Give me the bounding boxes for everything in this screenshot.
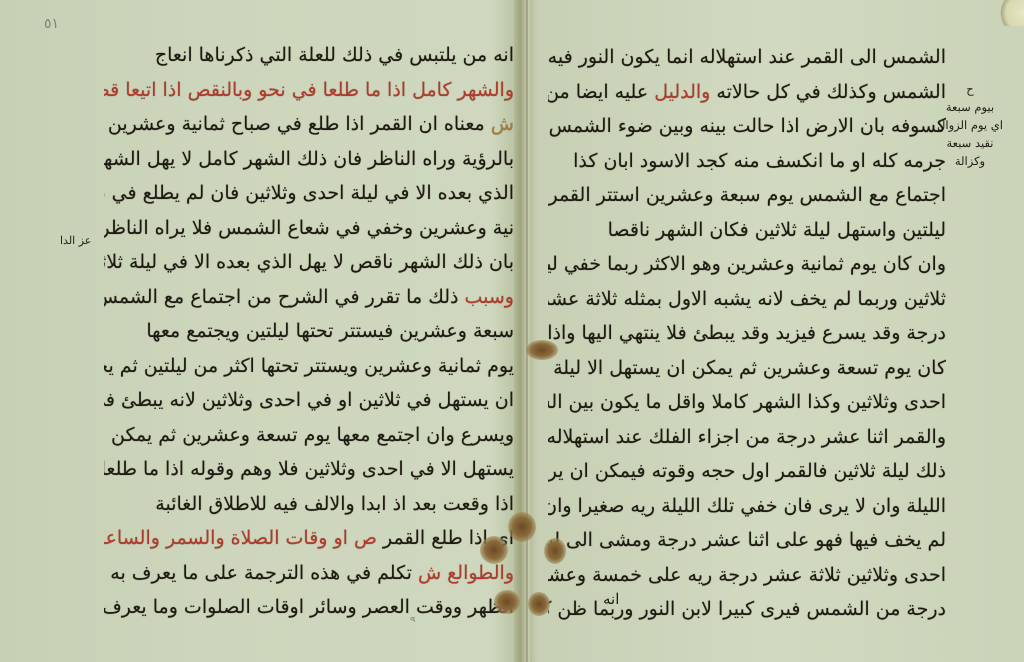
text-line: وان كان يوم ثمانية وعشرين وهو الاكثر ربم…	[548, 247, 946, 282]
text-line: بان ذلك الشهر ناقص لا يهل الذي بعده الا …	[104, 245, 514, 280]
binding-stain	[480, 536, 508, 564]
text-line: ثلاثين وربما لم يخف لانه يشبه الاول بمثل…	[548, 282, 946, 317]
text-line: يستهل الا في احدى وثلاثين فلا وهم وقوله …	[104, 452, 514, 487]
text-line: الليلة وان لا يرى فان خفي تلك الليلة ريه…	[548, 489, 946, 524]
text-line: الذي بعده الا في ليلة احدى وثلاثين فان ل…	[104, 176, 514, 211]
text-line: لم يخف فيها فهو على اثنا عشر درجة ومشى ا…	[548, 523, 946, 558]
text-line: جرمه كله او ما انكسف منه كجد الاسود ابان…	[548, 144, 946, 179]
text-line: اي اذا طلع القمر ص او وقات الصلاة والسمر…	[104, 521, 514, 556]
text-line: وسبب ذلك ما تقرر في الشرح من اجتماع مع ا…	[104, 280, 514, 315]
text-line: درجة وقد يسرع فيزيد وقد يبطئ فلا ينتهي ا…	[548, 316, 946, 351]
binding-stain	[544, 538, 566, 564]
text-line: احدى وثلاثين وكذا الشهر كاملا واقل ما يك…	[548, 385, 946, 420]
folio-number: ٥١	[44, 16, 59, 32]
gutter-fold	[526, 0, 528, 662]
rubric-marker: ش	[491, 113, 514, 135]
rubric-phrase: ص او وقات الصلاة والسمر والساعات	[104, 527, 377, 549]
text-line: انه من يلتبس في ذلك للعلة التي ذكرناها ا…	[104, 38, 514, 73]
text-line: اجتماع مع الشمس يوم سبعة وعشرين استتر ال…	[548, 178, 946, 213]
rubric-line: والشهر كامل اذا ما طلعا في نحو وبالنقص ا…	[104, 73, 514, 108]
binding-stain	[494, 590, 520, 614]
left-page: ٥١ انه من يلتبس في ذلك للعلة التي ذكرناه…	[0, 0, 514, 662]
text-line: ذلك ليلة ثلاثين فالقمر اول حجه وقوته فيم…	[548, 454, 946, 489]
left-page-text: انه من يلتبس في ذلك للعلة التي ذكرناها ا…	[104, 38, 514, 625]
manuscript-spread: ٥١ انه من يلتبس في ذلك للعلة التي ذكرناه…	[0, 0, 1024, 662]
text-line: نية وعشرين وخفي في شعاع الشمس فلا يراه ا…	[104, 211, 514, 246]
text-line: والطوالع ش تكلم في هذه الترجمة على ما يع…	[104, 556, 514, 591]
right-page-text: الشمس الى القمر عند استهلاله انما يكون ا…	[548, 40, 946, 627]
binding-stain	[528, 592, 550, 616]
text-line: ش معناه ان القمر اذا طلع في صباح ثمانية …	[104, 107, 514, 142]
rubric-phrase: والدليل	[654, 81, 710, 103]
binding-stain	[526, 340, 558, 360]
text-line: سبعة وعشرين فيستتر تحتها ليلتين ويجتمع م…	[104, 314, 514, 349]
text-line: كسوفه بان الارض اذا حالت بينه وبين ضوء ا…	[548, 109, 946, 144]
text-line: ويسرع وان اجتمع معها يوم تسعة وعشرين ثم …	[104, 418, 514, 453]
text-line: الظهر ووقت العصر وسائر اوقات الصلوات وما…	[104, 590, 514, 625]
text-line: بالرؤية وراه الناظر فان ذلك الشهر كامل ل…	[104, 142, 514, 177]
right-margin-note: ح بيوم سبعة اي يوم الزوال نقيد سبعة وكزا…	[920, 80, 1020, 170]
catchword: انه	[603, 590, 619, 608]
binding-stain	[508, 512, 536, 542]
text-line: الشمس الى القمر عند استهلاله انما يكون ا…	[548, 40, 946, 75]
left-margin-note: عز الدا	[60, 234, 91, 247]
text-line: كان يوم تسعة وعشرين ثم يمكن ان يستهل الا…	[548, 351, 946, 386]
text-line: احدى وثلاثين ثلاثة عشر درجة ريه على خمسة…	[548, 558, 946, 593]
text-line: ان يستهل في ثلاثين او في احدى وثلاثين لا…	[104, 383, 514, 418]
rubric-phrase: والطوالع ش	[418, 562, 514, 584]
text-line: يوم ثمانية وعشرين ويستتر تحتها اكثر من ل…	[104, 349, 514, 384]
text-line: والقمر اثنا عشر درجة من اجزاء الفلك عند …	[548, 420, 946, 455]
text-line: ليلتين واستهل ليلة ثلاثين فكان الشهر ناق…	[548, 213, 946, 248]
page-corner-curl	[994, 0, 1024, 26]
text-line: اذا وقعت بعد اذ ابدا والالف فيه للاطلاق …	[104, 487, 514, 522]
text-line: الشمس وكذلك في كل حالاته والدليل عليه اي…	[548, 75, 946, 110]
rubric-marker: وسبب	[465, 286, 515, 308]
